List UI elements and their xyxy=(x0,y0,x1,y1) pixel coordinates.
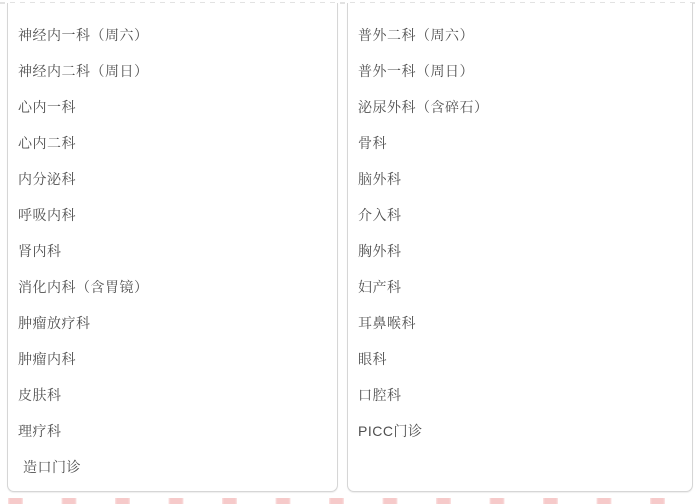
department-selection-screen: 神经内一科（周六）神经内二科（周日）心内一科心内二科内分泌科呼吸内科肾内科消化内… xyxy=(0,0,700,504)
department-panel-right: 普外二科（周六）普外一科（周日）泌尿外科（含碎石）骨科脑外科介入科胸外科妇产科耳… xyxy=(347,3,693,492)
department-item[interactable]: 妇产科 xyxy=(348,269,692,305)
department-item[interactable]: 呼吸内科 xyxy=(8,197,337,233)
department-item[interactable]: 造口门诊 xyxy=(8,449,337,485)
department-item[interactable]: 脑外科 xyxy=(348,161,692,197)
department-item[interactable]: 神经内一科（周六） xyxy=(8,17,337,53)
bottom-pink-dash-pattern xyxy=(0,498,700,504)
department-item[interactable]: 介入科 xyxy=(348,197,692,233)
department-item[interactable]: 理疗科 xyxy=(8,413,337,449)
department-item[interactable]: 耳鼻喉科 xyxy=(348,305,692,341)
department-panel-left: 神经内一科（周六）神经内二科（周日）心内一科心内二科内分泌科呼吸内科肾内科消化内… xyxy=(7,3,338,492)
department-item[interactable]: 心内一科 xyxy=(8,89,337,125)
department-item[interactable]: 消化内科（含胃镜） xyxy=(8,269,337,305)
department-item[interactable]: 普外一科（周日） xyxy=(348,53,692,89)
department-item[interactable]: 内分泌科 xyxy=(8,161,337,197)
department-item[interactable]: 口腔科 xyxy=(348,377,692,413)
department-item[interactable]: 泌尿外科（含碎石） xyxy=(348,89,692,125)
department-list-left: 神经内一科（周六）神经内二科（周日）心内一科心内二科内分泌科呼吸内科肾内科消化内… xyxy=(8,3,337,485)
department-item[interactable]: 普外二科（周六） xyxy=(348,17,692,53)
department-item[interactable]: 皮肤科 xyxy=(8,377,337,413)
department-item[interactable]: 胸外科 xyxy=(348,233,692,269)
department-list-right: 普外二科（周六）普外一科（周日）泌尿外科（含碎石）骨科脑外科介入科胸外科妇产科耳… xyxy=(348,3,692,449)
department-item[interactable]: PICC门诊 xyxy=(348,413,692,449)
department-item[interactable]: 肿瘤放疗科 xyxy=(8,305,337,341)
department-item[interactable]: 肿瘤内科 xyxy=(8,341,337,377)
department-item[interactable]: 神经内二科（周日） xyxy=(8,53,337,89)
department-item[interactable]: 眼科 xyxy=(348,341,692,377)
department-item[interactable]: 骨科 xyxy=(348,125,692,161)
department-item[interactable]: 心内二科 xyxy=(8,125,337,161)
department-item[interactable]: 肾内科 xyxy=(8,233,337,269)
